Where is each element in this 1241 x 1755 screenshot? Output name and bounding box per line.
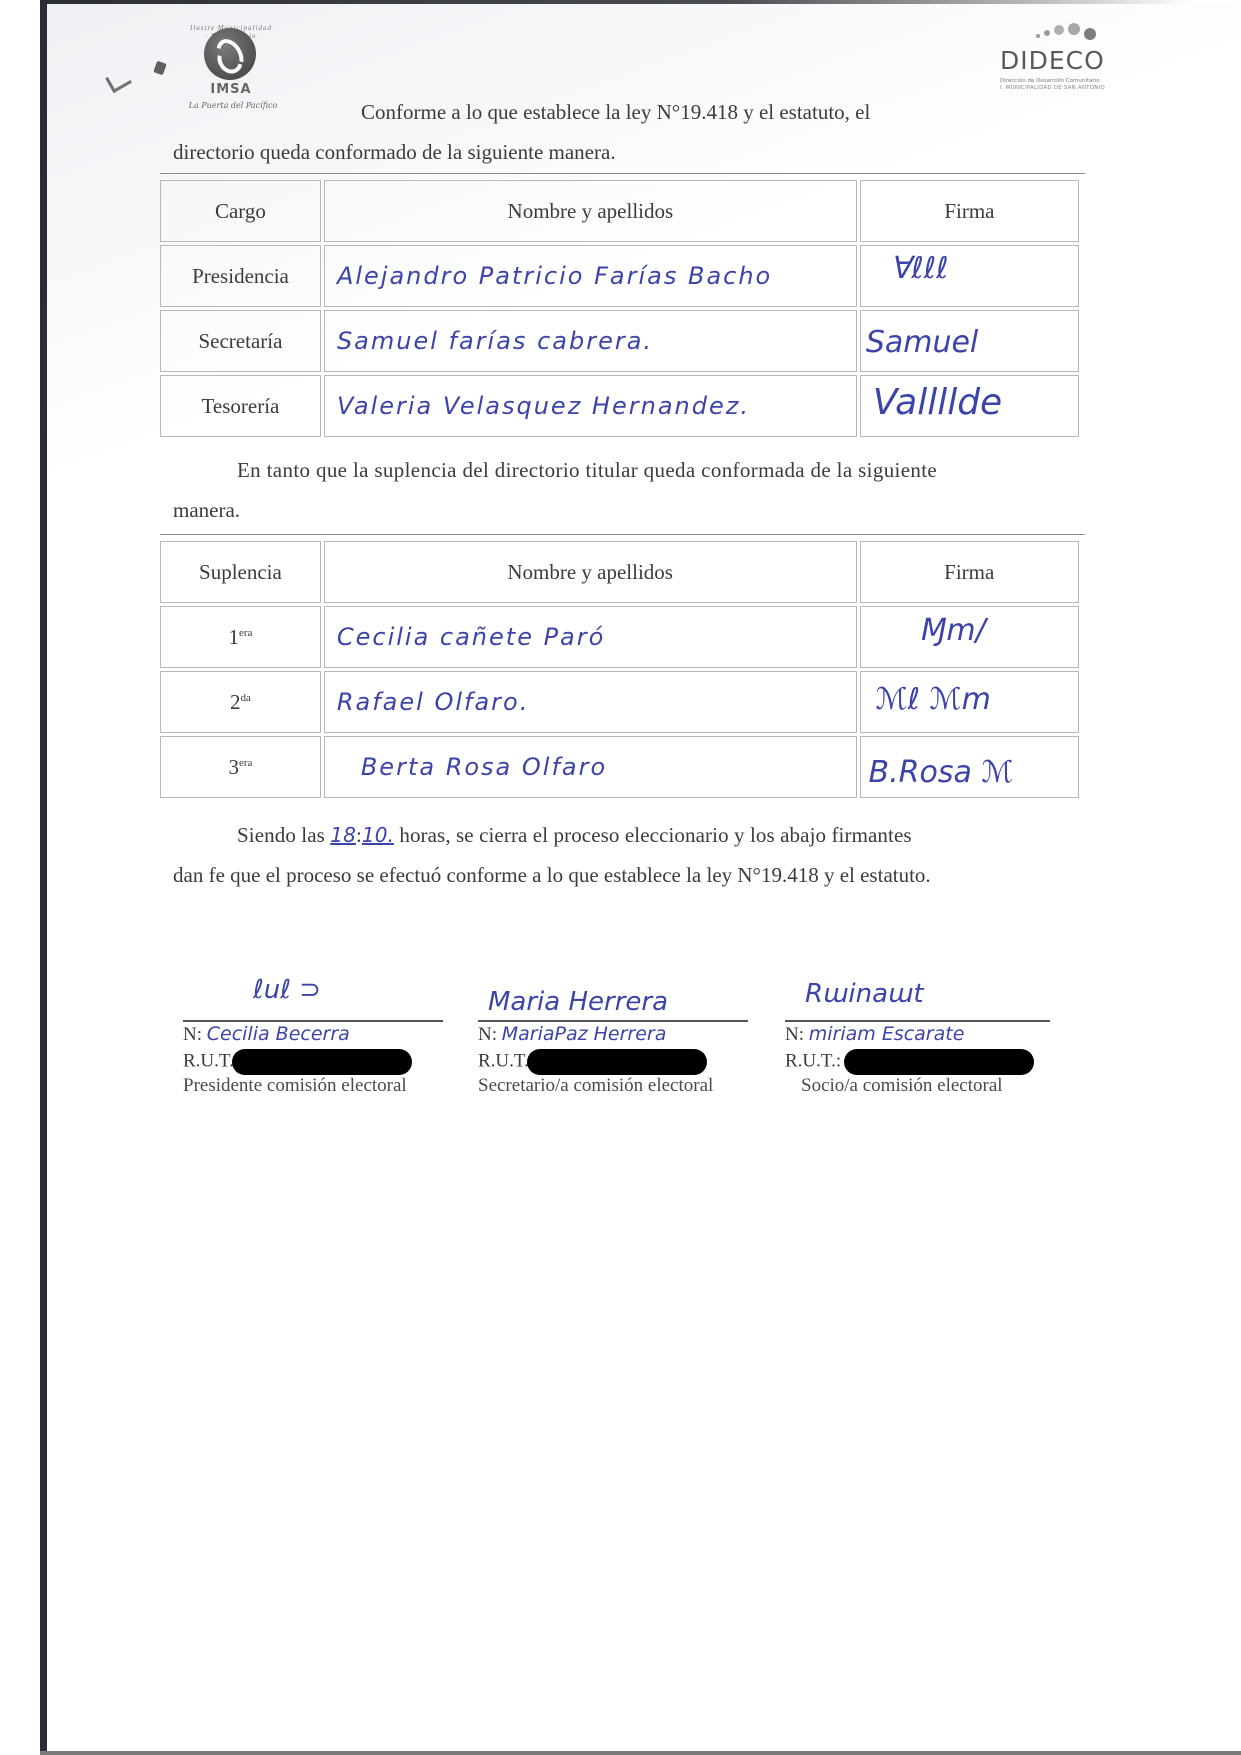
cell-suplencia: 1era	[160, 606, 321, 668]
order-suffix: era	[239, 757, 252, 769]
rut-label: R.U.T.	[478, 1050, 529, 1071]
suplencia-intro-line-2: manera.	[173, 490, 240, 530]
signatory-rut-row: R.U.T.:	[785, 1049, 1034, 1075]
imsa-name: IMSA	[200, 82, 262, 97]
cell-nombre: Samuel farías cabrera.	[324, 310, 857, 372]
dideco-subtitle-municipality: I. MUNICIPALIDAD DE SAN ANTONIO	[1000, 85, 1105, 91]
cell-firma: Ɐℓℓℓ	[860, 245, 1079, 307]
order-suffix: era	[239, 627, 252, 639]
cell-firma: ℳℓ ℳm	[860, 671, 1080, 733]
signature-line	[183, 1020, 443, 1022]
header-suplencia: Suplencia	[160, 541, 321, 603]
table-row: 2da Rafael Olfaro. ℳℓ ℳm	[160, 671, 1079, 733]
signatory-name-row: N: MariaPaz Herrera	[478, 1023, 666, 1046]
table-row: Secretaría Samuel farías cabrera. Samuel	[160, 310, 1079, 372]
closing-suffix: horas, se cierra el proceso eleccionario…	[399, 823, 911, 847]
imsa-tagline: La Puerta del Pacífico	[178, 101, 288, 110]
intro-line-2: directorio queda conformado de la siguie…	[173, 132, 616, 172]
cell-firma: Samuel	[860, 310, 1079, 372]
name-label: N:	[183, 1024, 202, 1045]
signature: Maria Herrera	[488, 987, 668, 1017]
order-number: 2	[230, 690, 241, 714]
redaction-bar	[232, 1049, 412, 1075]
header-firma: Firma	[860, 541, 1080, 603]
dideco-name: DIDECO	[1000, 46, 1105, 75]
cell-nombre: Valeria Velasquez Hernandez.	[324, 375, 857, 437]
redaction-bar	[844, 1049, 1034, 1075]
signatory-name: Cecilia Becerra	[207, 1023, 350, 1045]
dideco-logo: DIDECO Dirección de Desarrollo Comunitar…	[1000, 20, 1120, 95]
name-label: N:	[785, 1024, 804, 1045]
signature: ℓuℓ ⊃	[253, 975, 321, 1005]
signature: ℳℓ ℳm	[876, 682, 991, 717]
signature: Vallllde	[873, 382, 1002, 423]
handwritten-name: Cecilia cañete Paró	[337, 623, 605, 651]
dideco-subtitle: Dirección de Desarrollo Comunitario	[1000, 78, 1100, 84]
imsa-logo: Ilustre Municipalidad · San Antonio IMSA…	[170, 22, 300, 114]
cell-nombre: Berta Rosa Olfaro	[324, 736, 857, 798]
suplencia-table: Suplencia Nombre y apellidos Firma 1era …	[160, 534, 1085, 801]
cell-nombre: Rafael Olfaro.	[324, 671, 857, 733]
signature-line	[478, 1020, 748, 1022]
directorio-table: Cargo Nombre y apellidos Firma Presidenc…	[160, 173, 1085, 440]
header-firma: Firma	[860, 180, 1079, 242]
cell-suplencia: 3era	[160, 736, 321, 798]
table-header-row: Cargo Nombre y apellidos Firma	[160, 180, 1079, 242]
signature: Ɱm/	[921, 613, 986, 648]
rut-label: R.U.T.:	[785, 1050, 841, 1071]
signatory-role: Presidente comisión electoral	[183, 1075, 407, 1097]
closing-minute: 10.	[362, 823, 394, 847]
imsa-logo-icon	[204, 28, 256, 80]
signatory-name-row: N: Cecilia Becerra	[183, 1023, 350, 1046]
handwritten-name: Rafael Olfaro.	[337, 688, 530, 716]
scan-edge-bottom	[40, 1751, 1241, 1755]
signature: Rɯinaɯt	[805, 979, 924, 1009]
signatory-name: miriam Escarate	[809, 1023, 965, 1045]
intro-line-1: Conforme a lo que establece la ley N°19.…	[361, 92, 870, 132]
order-suffix: da	[240, 692, 250, 704]
signatory-rut-row: R.U.T.	[183, 1049, 412, 1075]
handwritten-name: Alejandro Patricio Farías Bacho	[337, 262, 772, 290]
cell-cargo: Tesorería	[160, 375, 321, 437]
handwritten-name: Samuel farías cabrera.	[337, 327, 653, 355]
cell-firma: Ɱm/	[860, 606, 1080, 668]
redaction-bar	[527, 1049, 707, 1075]
cell-nombre: Alejandro Patricio Farías Bacho	[324, 245, 857, 307]
scan-edge-left	[40, 0, 47, 1755]
signature-line	[785, 1020, 1050, 1022]
table-row: Tesorería Valeria Velasquez Hernandez. V…	[160, 375, 1079, 437]
signature: Ɐℓℓℓ	[891, 251, 949, 286]
table-header-row: Suplencia Nombre y apellidos Firma	[160, 541, 1079, 603]
cell-firma: Vallllde	[860, 375, 1079, 437]
signatory-rut-row: R.U.T.	[478, 1049, 707, 1075]
handwritten-name: Valeria Velasquez Hernandez.	[337, 392, 750, 420]
signatory-role: Secretario/a comisión electoral	[478, 1075, 713, 1097]
handwritten-name: Berta Rosa Olfaro	[337, 753, 607, 781]
signature: B.Rosa ℳ	[869, 755, 1014, 790]
header-nombre: Nombre y apellidos	[324, 180, 857, 242]
table-row: 3era Berta Rosa Olfaro B.Rosa ℳ	[160, 736, 1079, 798]
cell-firma: B.Rosa ℳ	[860, 736, 1080, 798]
order-number: 3	[228, 755, 239, 779]
table-row: 1era Cecilia cañete Paró Ɱm/	[160, 606, 1079, 668]
signature: Samuel	[866, 325, 978, 360]
signatory-role: Socio/a comisión electoral	[801, 1075, 1003, 1097]
signatory-name: MariaPaz Herrera	[502, 1023, 667, 1045]
signatory-name-row: N: miriam Escarate	[785, 1023, 964, 1046]
name-label: N:	[478, 1024, 497, 1045]
closing-prefix: Siendo las	[237, 823, 325, 847]
rut-label: R.U.T.	[183, 1050, 234, 1071]
header-nombre: Nombre y apellidos	[324, 541, 857, 603]
header-cargo: Cargo	[160, 180, 321, 242]
cell-cargo: Presidencia	[160, 245, 321, 307]
cell-cargo: Secretaría	[160, 310, 321, 372]
table-row: Presidencia Alejandro Patricio Farías Ba…	[160, 245, 1079, 307]
cell-suplencia: 2da	[160, 671, 321, 733]
cell-nombre: Cecilia cañete Paró	[324, 606, 857, 668]
closing-line-1: Siendo las 18:10. horas, se cierra el pr…	[237, 815, 912, 855]
order-number: 1	[228, 625, 239, 649]
closing-line-2: dan fe que el proceso se efectuó conform…	[173, 855, 931, 895]
closing-hour: 18	[330, 823, 356, 847]
suplencia-intro-line-1: En tanto que la suplencia del directorio…	[237, 450, 937, 490]
